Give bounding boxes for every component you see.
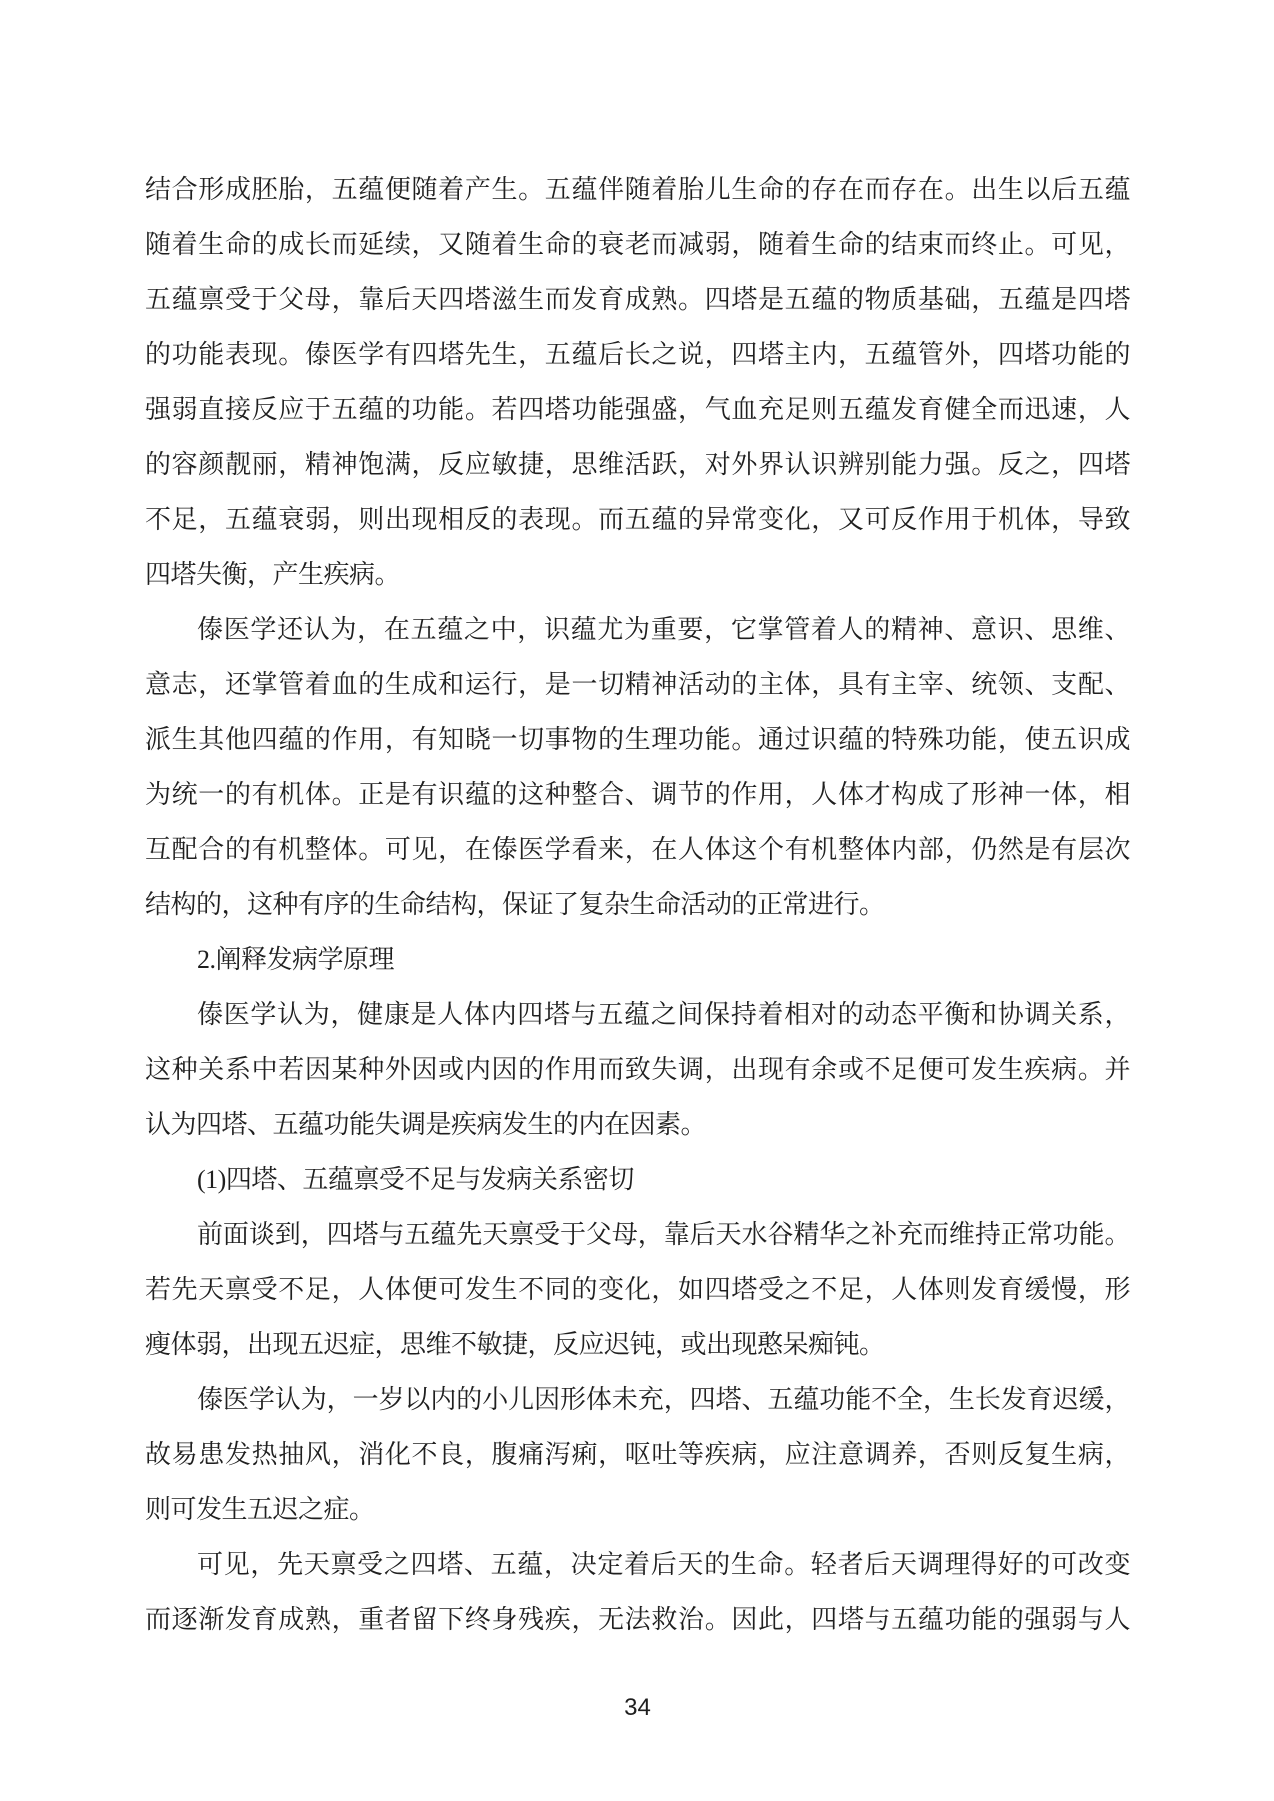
- body-text-line: 的功能表现。傣医学有四塔先生，五蕴后长之说，四塔主内，五蕴管外，四塔功能的: [145, 327, 1130, 382]
- body-text-line: 随着生命的成长而延续，又随着生命的衰老而减弱，随着生命的结束而终止。可见，: [145, 217, 1130, 272]
- body-text-line: 派生其他四蕴的作用，有知晓一切事物的生理功能。通过识蕴的特殊功能，使五识成: [145, 712, 1130, 767]
- body-text-line: 故易患发热抽风，消化不良，腹痛泻痢，呕吐等疾病，应注意调养，否则反复生病，: [145, 1427, 1130, 1482]
- body-text-line: 五蕴禀受于父母，靠后天四塔滋生而发育成熟。四塔是五蕴的物质基础，五蕴是四塔: [145, 272, 1130, 327]
- body-text-line: 结构的，这种有序的生命结构，保证了复杂生命活动的正常进行。: [145, 877, 1130, 932]
- body-text-line: 可见，先天禀受之四塔、五蕴，决定着后天的生命。轻者后天调理得好的可改变: [145, 1537, 1130, 1592]
- body-text-line: 这种关系中若因某种外因或内因的作用而致失调，出现有余或不足便可发生疾病。并: [145, 1042, 1130, 1097]
- body-text-line: 不足，五蕴衰弱，则出现相反的表现。而五蕴的异常变化，又可反作用于机体，导致: [145, 492, 1130, 547]
- body-text-line: 四塔失衡，产生疾病。: [145, 547, 1130, 602]
- body-text-line: 而逐渐发育成熟，重者留下终身残疾，无法救治。因此，四塔与五蕴功能的强弱与人: [145, 1592, 1130, 1647]
- section-heading-line: 2.阐释发病学原理: [145, 932, 1130, 987]
- body-text-line: 傣医学认为，健康是人体内四塔与五蕴之间保持着相对的动态平衡和协调关系，: [145, 987, 1130, 1042]
- page-number: 34: [145, 1693, 1130, 1723]
- body-text-line: 傣医学认为，一岁以内的小儿因形体未充，四塔、五蕴功能不全，生长发育迟缓，: [145, 1372, 1130, 1427]
- body-text-line: 傣医学还认为，在五蕴之中，识蕴尤为重要，它掌管着人的精神、意识、思维、: [145, 602, 1130, 657]
- body-text-line: 前面谈到，四塔与五蕴先天禀受于父母，靠后天水谷精华之补充而维持正常功能。: [145, 1207, 1130, 1262]
- body-text-line: 意志，还掌管着血的生成和运行，是一切精神活动的主体，具有主宰、统领、支配、: [145, 657, 1130, 712]
- body-text-line: 强弱直接反应于五蕴的功能。若四塔功能强盛，气血充足则五蕴发育健全而迅速，人: [145, 382, 1130, 437]
- body-text-line: 为统一的有机体。正是有识蕴的这种整合、调节的作用，人体才构成了形神一体，相: [145, 767, 1130, 822]
- body-text-line: 瘦体弱，出现五迟症，思维不敏捷，反应迟钝，或出现憨呆痴钝。: [145, 1317, 1130, 1372]
- body-text-line: 认为四塔、五蕴功能失调是疾病发生的内在因素。: [145, 1097, 1130, 1152]
- document-page: 结合形成胚胎，五蕴便随着产生。五蕴伴随着胎儿生命的存在而存在。出生以后五蕴 随着…: [0, 0, 1274, 1801]
- body-text-line: 若先天禀受不足，人体便可发生不同的变化，如四塔受之不足，人体则发育缓慢，形: [145, 1262, 1130, 1317]
- body-text-line: 互配合的有机整体。可见，在傣医学看来，在人体这个有机整体内部，仍然是有层次: [145, 822, 1130, 877]
- body-text-line: 则可发生五迟之症。: [145, 1482, 1130, 1537]
- subsection-heading-line: (1)四塔、五蕴禀受不足与发病关系密切: [145, 1152, 1130, 1207]
- body-text-line: 的容颜靓丽，精神饱满，反应敏捷，思维活跃，对外界认识辨别能力强。反之，四塔: [145, 437, 1130, 492]
- body-text-line: 结合形成胚胎，五蕴便随着产生。五蕴伴随着胎儿生命的存在而存在。出生以后五蕴: [145, 162, 1130, 217]
